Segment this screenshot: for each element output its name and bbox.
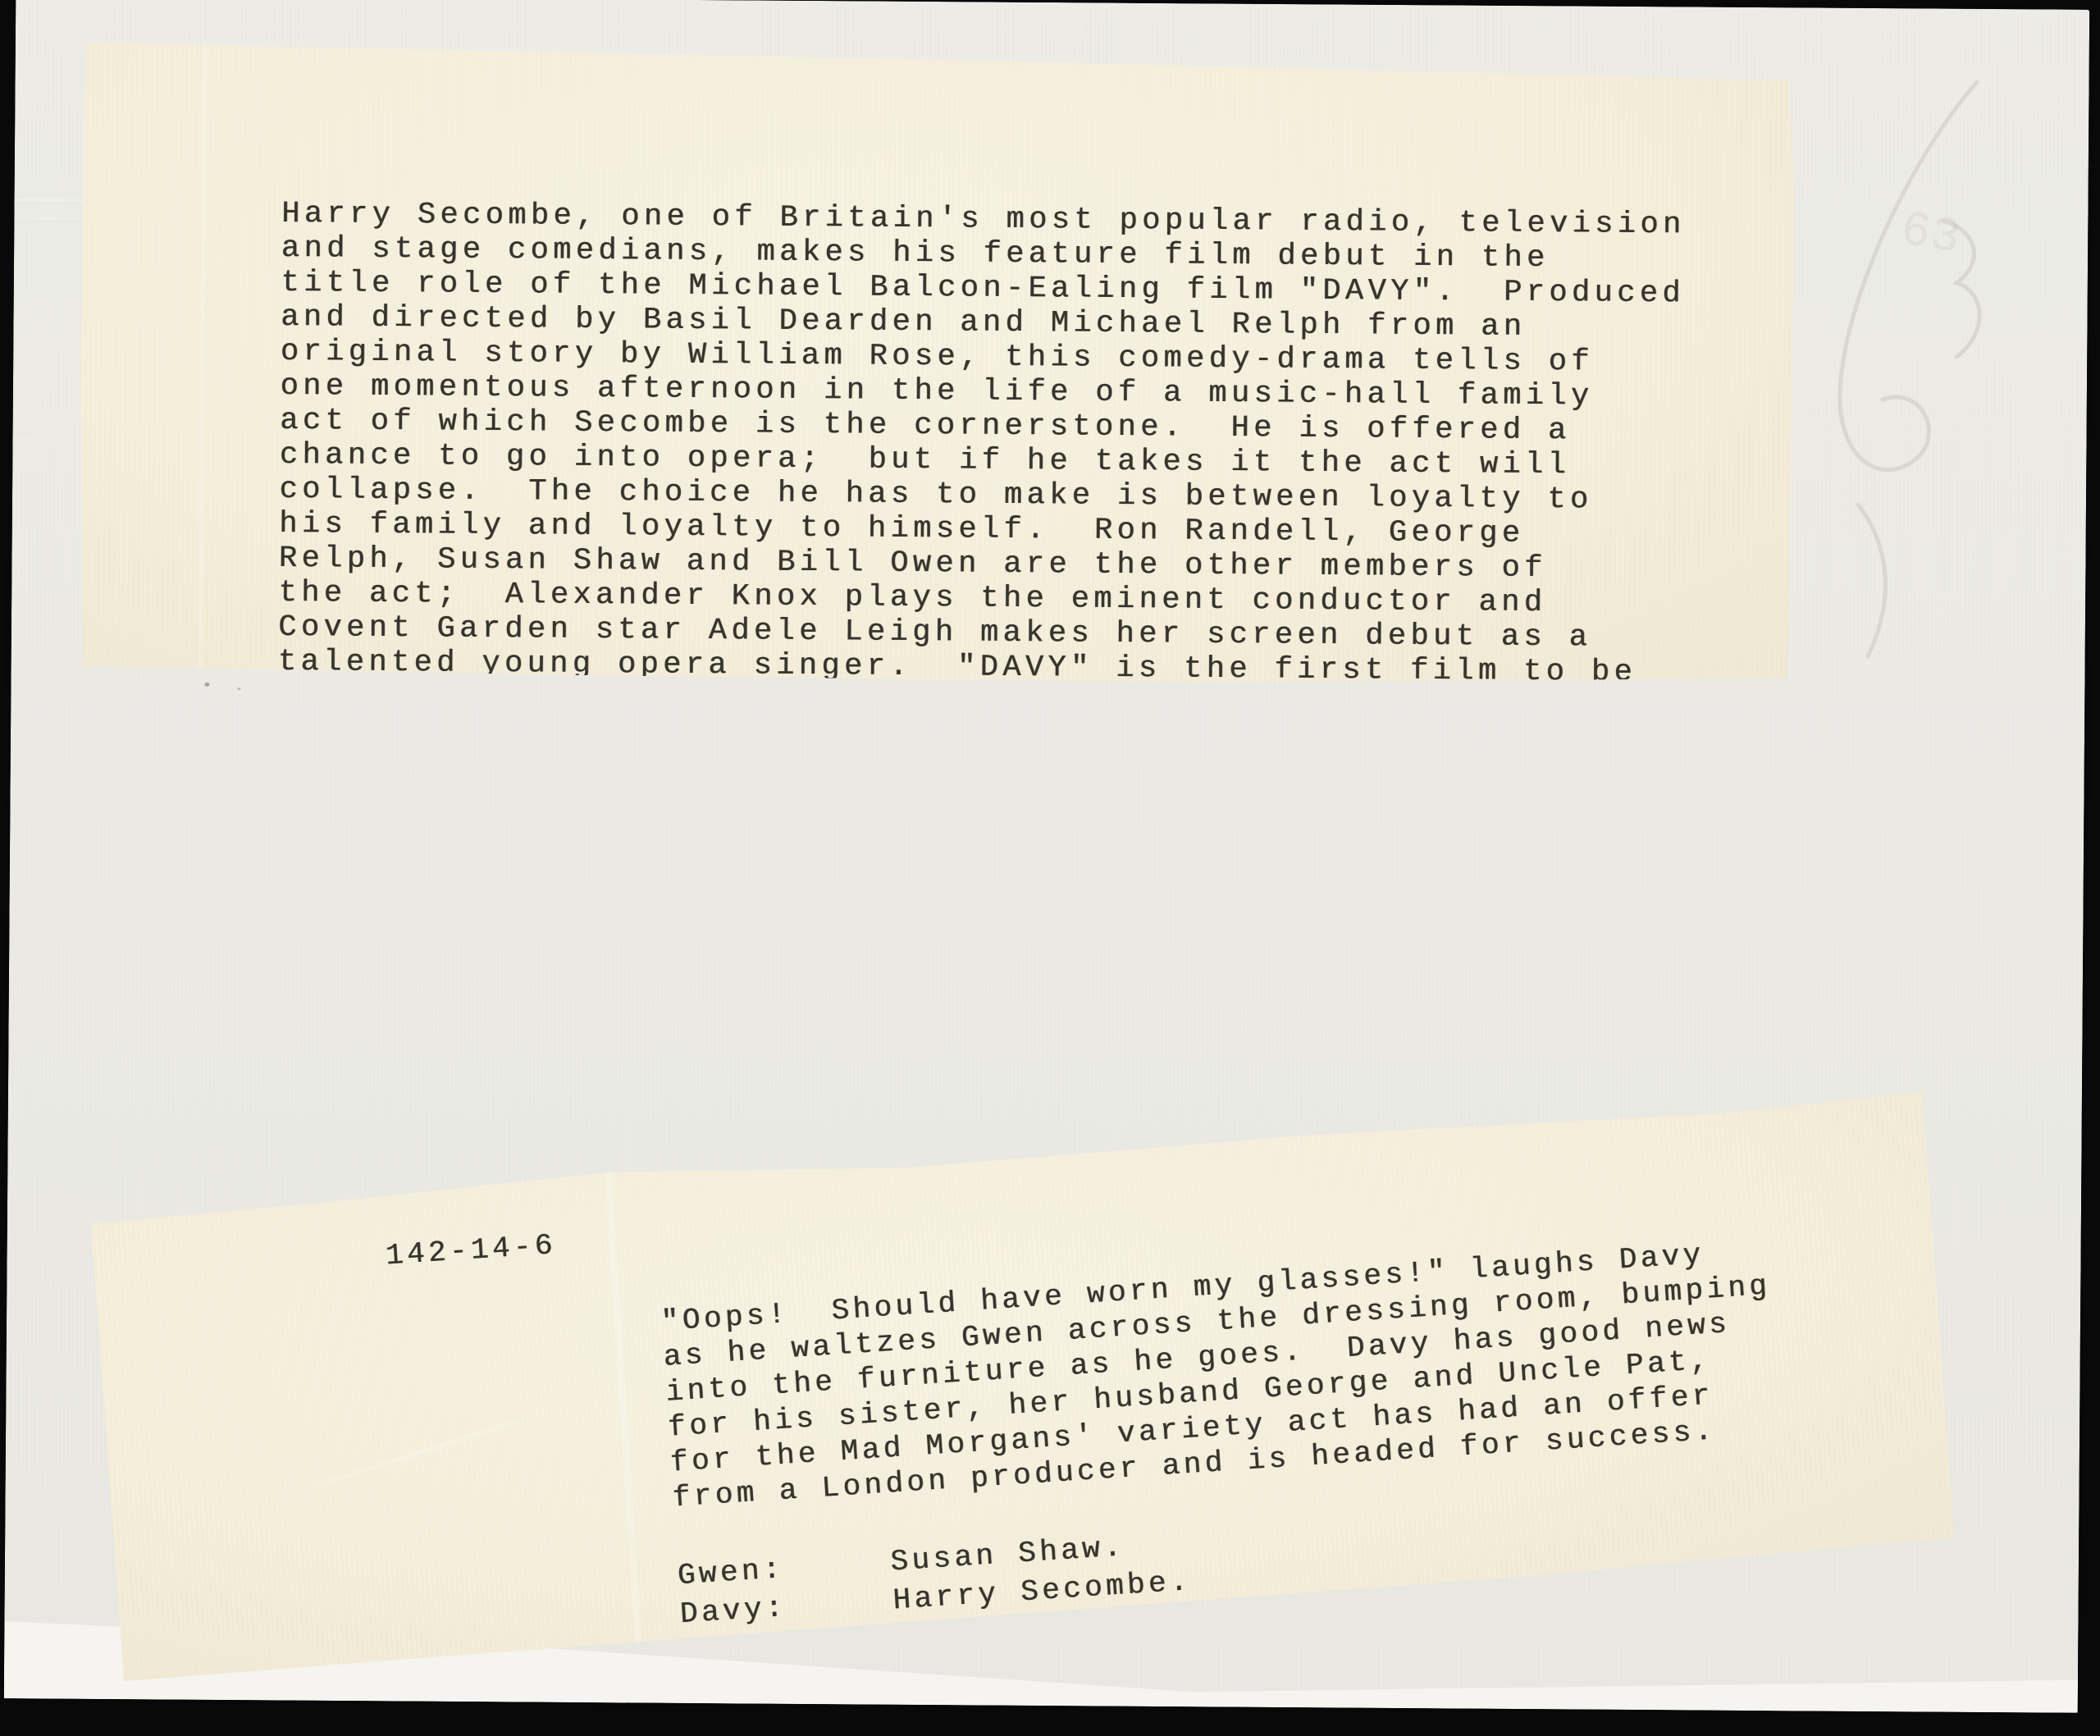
reference-number: 142-14-6 <box>385 1228 557 1272</box>
paper-speck <box>204 683 209 687</box>
pencil-mark-text: 63 <box>1897 203 1965 267</box>
scanned-photo-back: 63 Harry Secombe, one of Britain's most … <box>0 0 2100 1736</box>
synopsis-text: Harry Secombe, one of Britain's most pop… <box>277 94 1687 759</box>
pencil-mark: 63 <box>1801 45 2030 685</box>
paper-speck <box>237 688 240 690</box>
slip-crease <box>602 1165 646 1657</box>
slip-crease <box>196 35 209 692</box>
slip-crease <box>258 1396 588 1505</box>
top-caption-slip: Harry Secombe, one of Britain's most pop… <box>73 34 1801 704</box>
